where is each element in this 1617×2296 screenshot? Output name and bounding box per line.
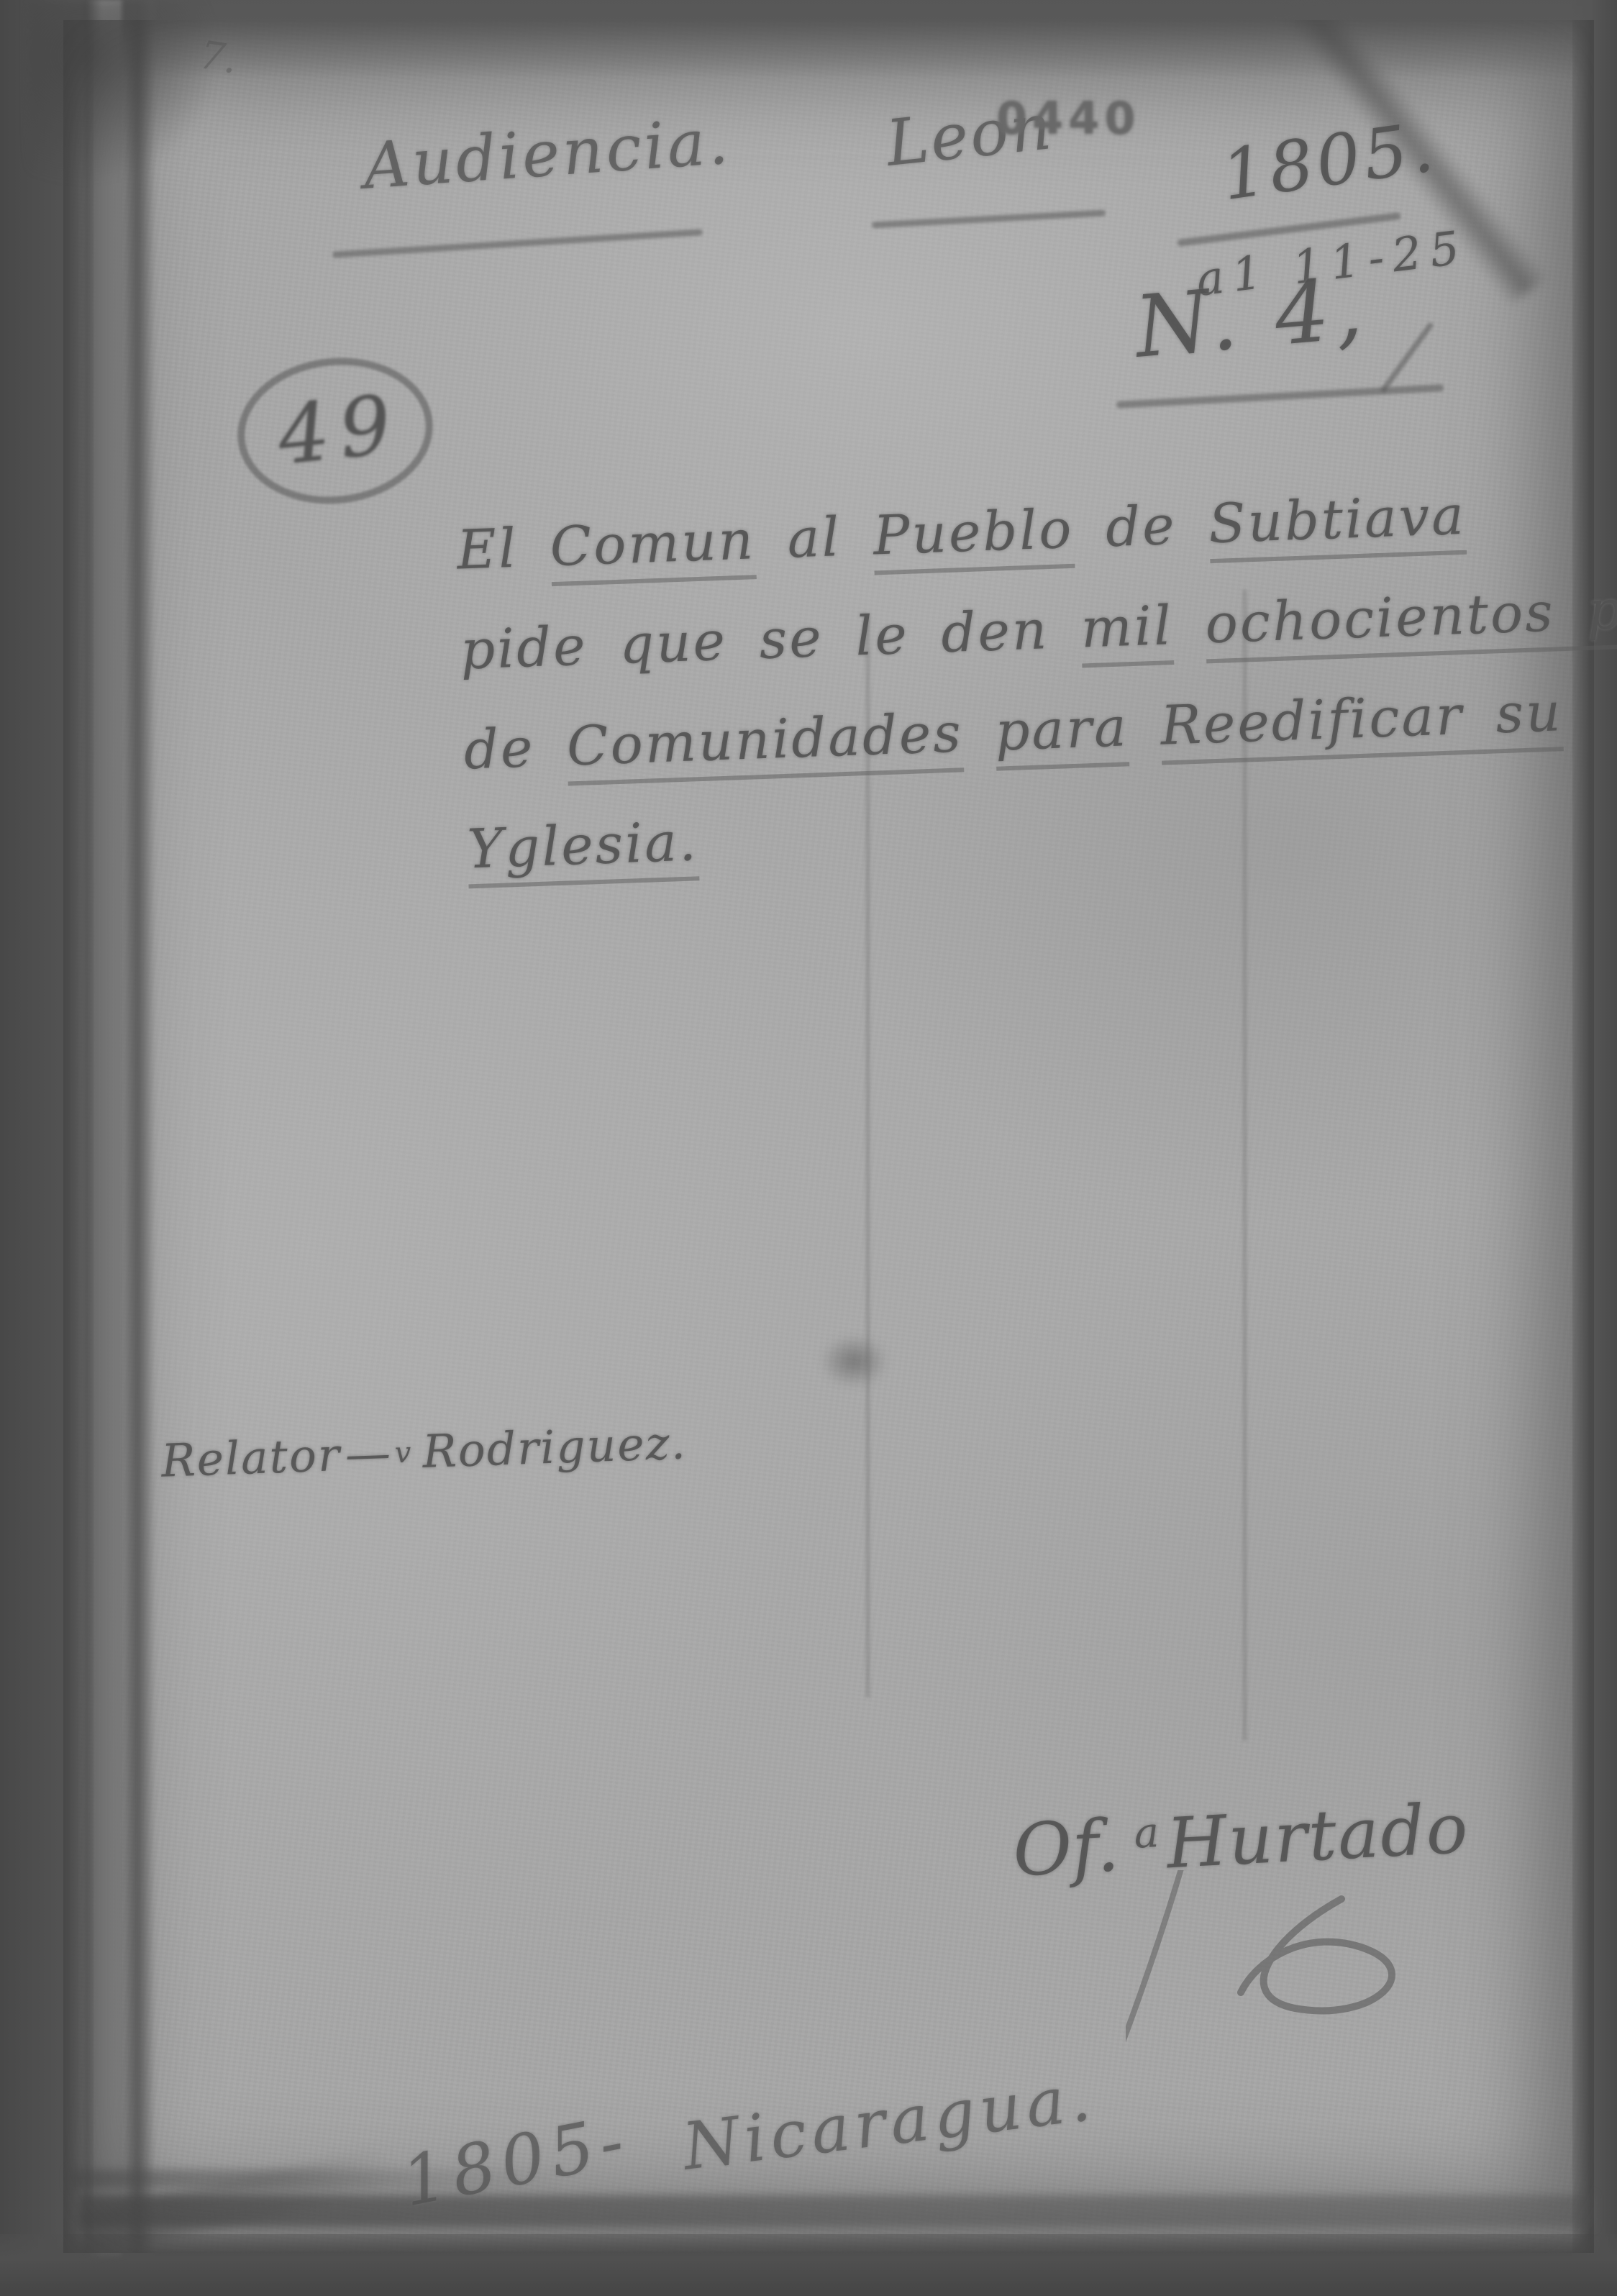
ink-smudge (820, 1334, 888, 1388)
scan-left-edge (0, 0, 94, 2296)
rubric-loop (1241, 1899, 1392, 2010)
summary-text (962, 699, 996, 764)
relator-name: Rodriguez. (422, 1416, 688, 1478)
book-spine-groove (121, 0, 154, 2296)
corner-pencil-mark: 7. (196, 32, 240, 82)
summary-text-underlined: Comunidades (566, 701, 965, 785)
summary-text: El (456, 515, 552, 581)
summary-text (1172, 592, 1206, 657)
summary-text-underlined: Subtiava (1208, 483, 1467, 563)
summary-text: de (463, 714, 568, 781)
folio-number-text: 49 (265, 378, 405, 484)
summary-text-underlined: para (994, 695, 1130, 770)
signature-superscript: a (1117, 1807, 1167, 1858)
case-summary: El Comun al Pueblo de Subtiava pide que … (455, 461, 1605, 900)
scan-right-edge (1572, 0, 1617, 2296)
signature-rubric-flourish (1126, 1870, 1514, 2129)
relator-abbreviation-mark: v (394, 1436, 423, 1470)
signature-prefix: Of. (1011, 1803, 1121, 1893)
relator-label: Relator (160, 1429, 342, 1488)
summary-text-underlined: Yglesia. (466, 810, 699, 889)
summary-text: pide que se le den (460, 596, 1083, 681)
summary-text-underlined: Reedificar su (1160, 680, 1564, 765)
summary-text (1127, 693, 1162, 758)
archive-number-stamp: 0440 (996, 92, 1141, 145)
summary-text-underlined: mil (1080, 593, 1174, 668)
scan-bottom-edge (0, 2234, 1617, 2296)
book-page-edges (85, 0, 122, 2296)
summary-text-underlined: Pueblo (873, 497, 1075, 575)
manuscript-scan: 7. Audiencia. Leon 0440 1805. a1 11-25 N… (0, 0, 1617, 2296)
rubric-descender (1126, 1870, 1189, 2108)
summary-text: de (1072, 492, 1210, 560)
summary-text-underlined: Comun (549, 508, 757, 586)
summary-text: al (754, 504, 874, 572)
file-number: N. 4, (1131, 258, 1372, 377)
top-left-corner-shadow (29, 0, 331, 309)
relator-dash: — (340, 1426, 396, 1481)
summary-text-underlined: ochocientos p (1204, 578, 1617, 663)
